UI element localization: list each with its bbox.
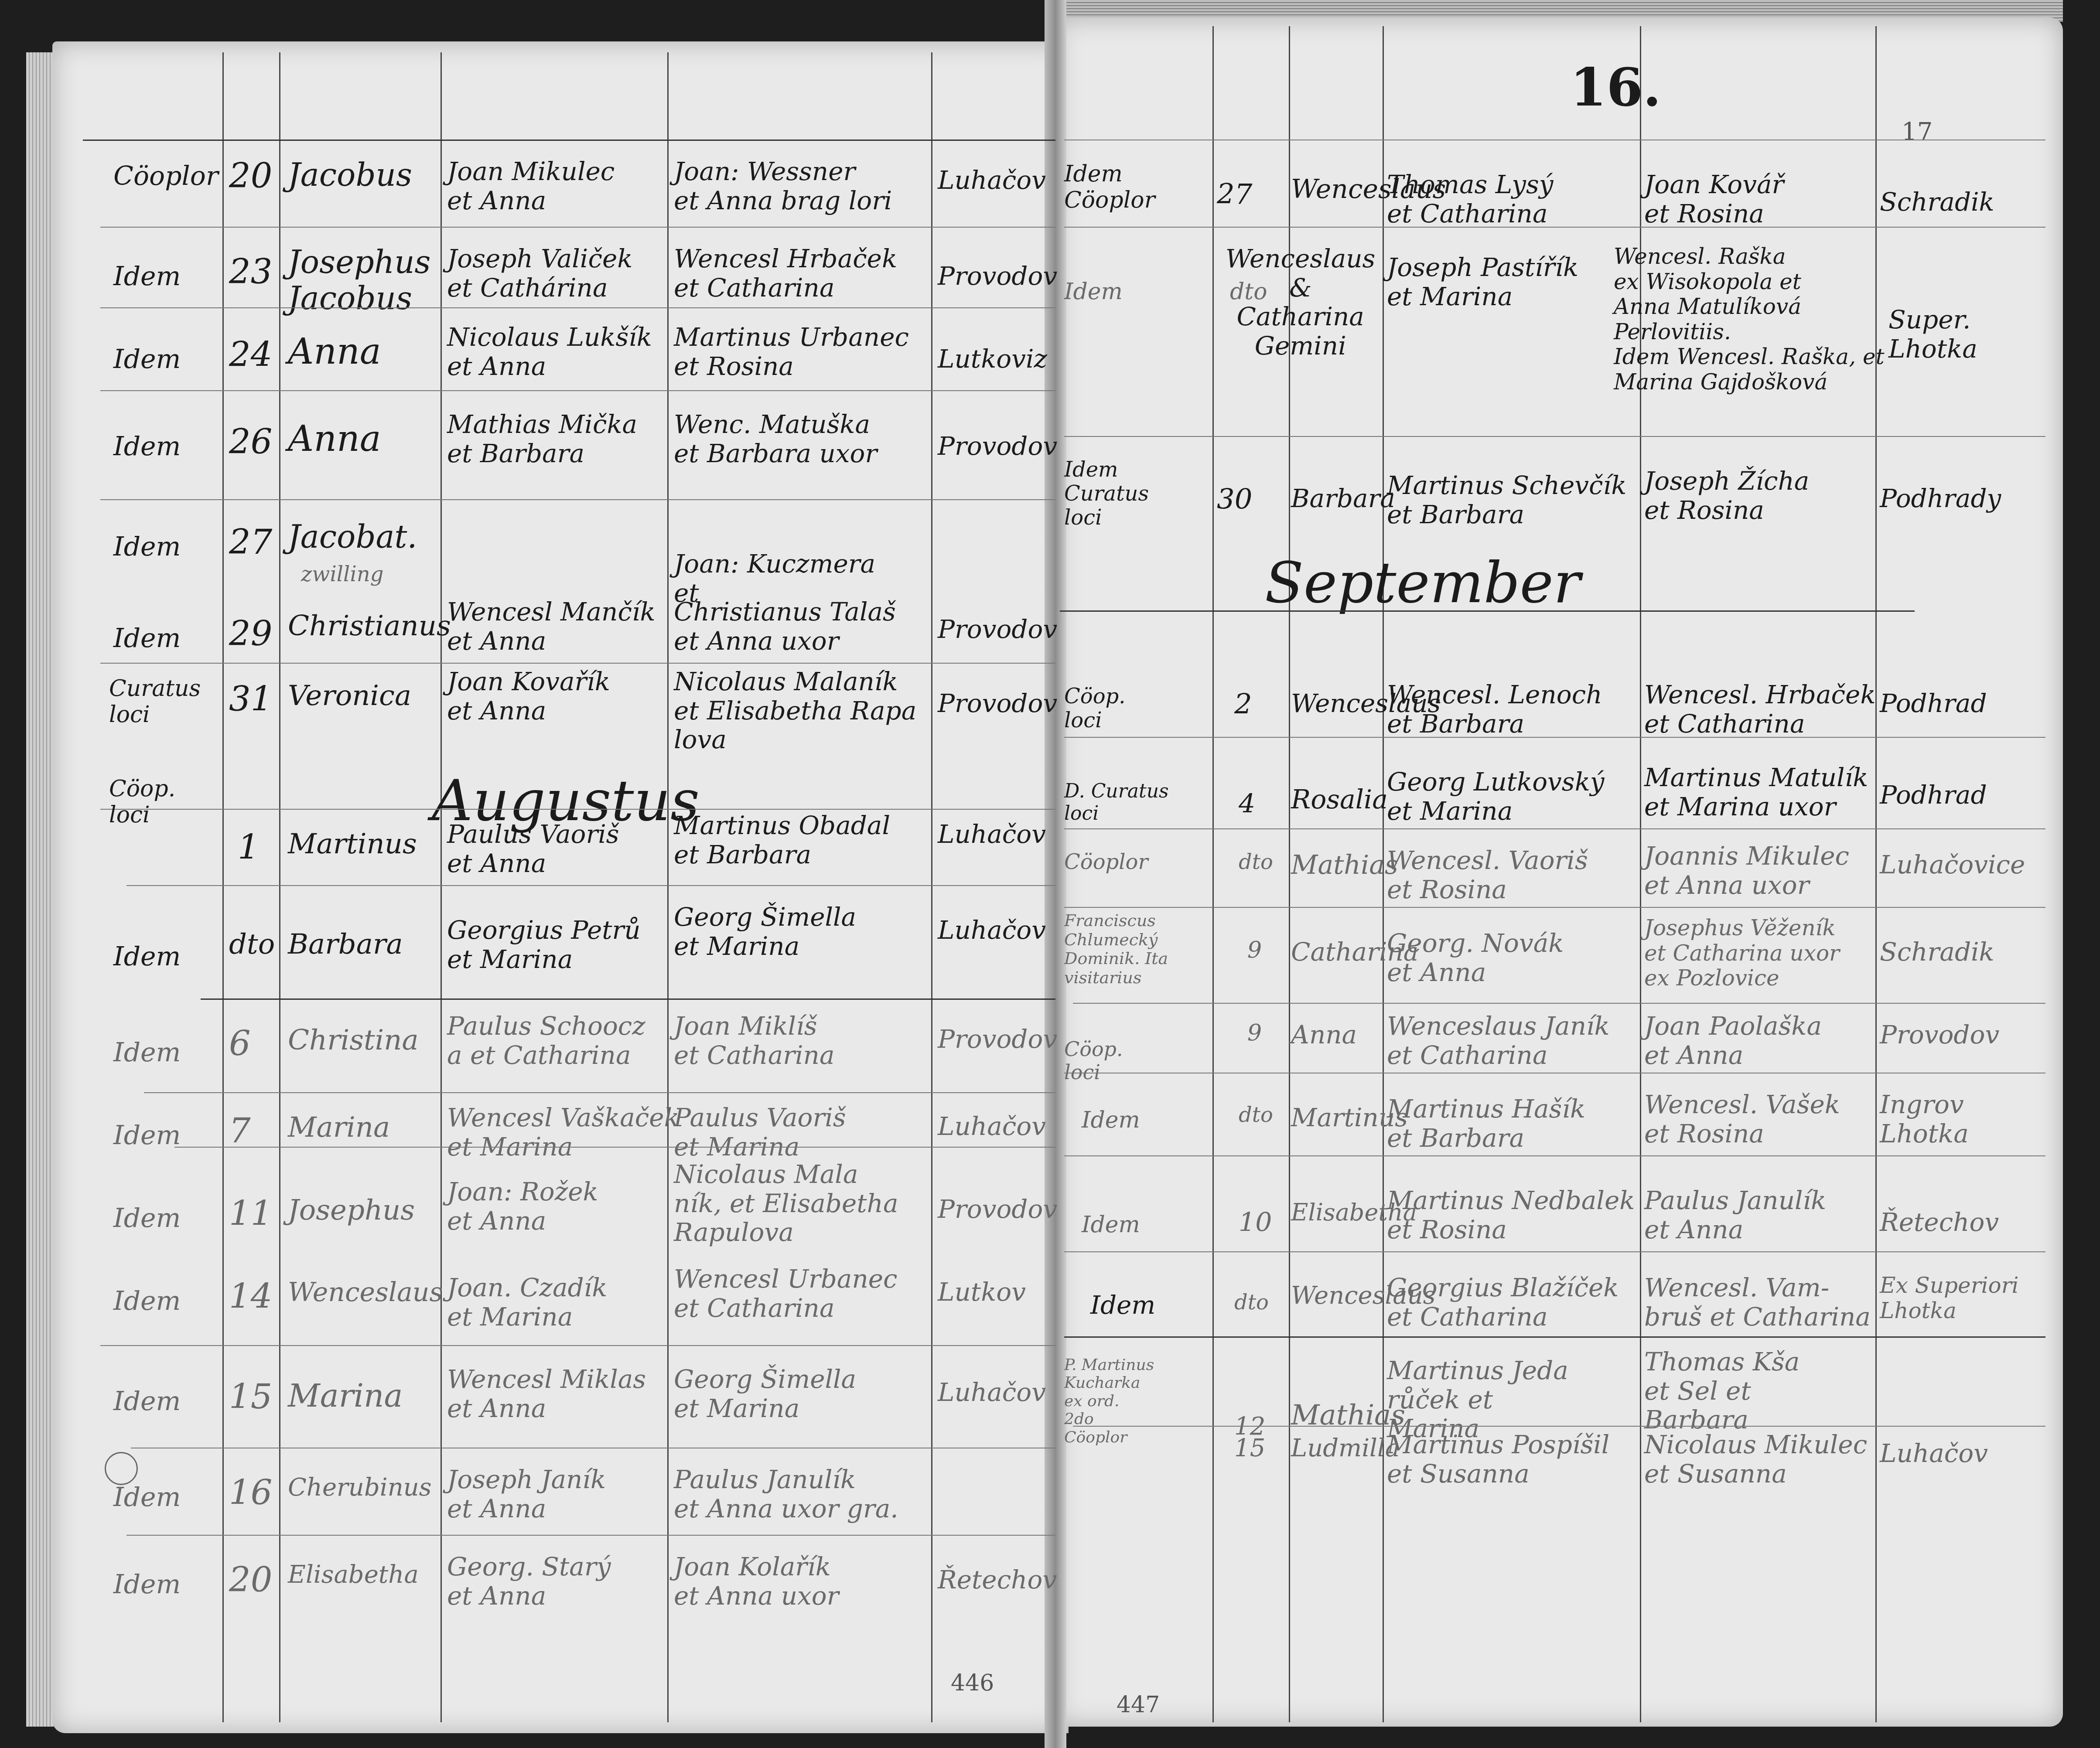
baptism-day: 10: [1239, 1208, 1272, 1238]
village: Schradik: [1880, 187, 1994, 217]
baptism-day: 9: [1247, 1020, 1262, 1046]
row-rule: [1064, 828, 2045, 829]
godparents: Christianus Talaš et Anna uxor: [674, 597, 896, 655]
child-name: Jacobat.: [288, 519, 417, 555]
parents: Wencesl Vaškaček et Marina: [447, 1103, 680, 1161]
parents: Martinus Pospíšil et Susanna: [1387, 1430, 1609, 1488]
officiant: Idem: [113, 1286, 181, 1316]
officiant: Franciscus Chlumecký Dominik. Ita visita…: [1064, 911, 1168, 988]
section-rule: [201, 998, 1055, 1000]
month-heading-september: September: [1265, 549, 1581, 616]
parents: Nicolaus Lukšík et Anna: [447, 323, 652, 381]
child-name: Mathias: [1291, 850, 1398, 880]
baptism-day: 30: [1217, 484, 1252, 516]
officiant: Cöoplor: [1064, 850, 1148, 874]
godparents: Joan Kolařík et Anna uxor: [674, 1552, 839, 1610]
child-name: Josephus Jacobus: [288, 244, 431, 317]
officiant: Curatus loci: [109, 676, 201, 728]
officiant: Idem: [113, 624, 181, 654]
officiant: D. Curatus loci: [1064, 780, 1169, 825]
parents: Joseph Janík et Anna: [447, 1465, 606, 1523]
book-spread: 16. 17 446 447 Augustus September Cöoplo…: [0, 0, 2100, 1748]
header-rule: [1064, 140, 2045, 140]
village: Provodov: [1880, 1020, 1999, 1049]
godparents: Joannis Mikulec et Anna uxor: [1644, 842, 1849, 900]
village: Podhrady: [1880, 484, 2001, 513]
baptism-day: 14: [229, 1278, 272, 1317]
parents: Joan Kovařík et Anna: [447, 667, 610, 725]
godparents: Paulus Janulík et Anna uxor gra.: [674, 1465, 898, 1523]
village: Luhačov: [938, 916, 1046, 945]
village: Luhačov: [938, 1378, 1046, 1407]
officiant: Idem: [113, 262, 181, 292]
parents: Martinus Nedbalek et Rosina: [1387, 1186, 1635, 1244]
parents: Georgius Petrů et Marina: [447, 916, 641, 974]
godparents: Joan Kovář et Rosina: [1644, 170, 1784, 228]
officiant: Idem: [113, 1387, 181, 1417]
child-name: Elisabetha: [288, 1561, 419, 1589]
godparents: Georg Šimella et Marina: [674, 903, 856, 961]
row-rule: [1064, 1251, 2045, 1252]
village: Luhačov: [938, 820, 1046, 849]
officiant: Idem: [1082, 1212, 1140, 1238]
village: Provodov: [938, 615, 1057, 644]
child-name: Rosalia: [1291, 785, 1388, 815]
officiant: Idem Curatus loci: [1064, 458, 1149, 530]
godparents: Nicolaus Malaník et Elisabetha Rapa lova: [674, 667, 916, 754]
officiant: Idem Cöoplor: [1064, 161, 1155, 214]
parents: Wencesl. Lenoch et Barbara: [1387, 680, 1602, 738]
parents: Martinus Schevčík et Barbara: [1387, 471, 1626, 529]
parents: Paulus Schoocz a et Catharina: [447, 1012, 645, 1070]
folio-number-pencil: 17: [1902, 118, 1933, 146]
godparents: Wencesl Urbanec et Catharina: [674, 1264, 898, 1322]
parents: Wencesl. Vaoriš et Rosina: [1387, 846, 1588, 904]
row-rule: [100, 809, 1055, 810]
village: Luhačov: [938, 166, 1046, 195]
parents: Georgius Blažíček et Catharina: [1387, 1273, 1619, 1331]
header-rule: [83, 140, 1055, 141]
village: Provodov: [938, 1195, 1057, 1224]
row-rule: [1073, 1426, 2045, 1427]
baptism-day: 11: [229, 1195, 272, 1234]
row-rule: [100, 1345, 1055, 1346]
page-stamp-left: 446: [951, 1670, 994, 1696]
godparents: Joan Miklíš et Catharina: [674, 1012, 834, 1070]
row-rule: [126, 885, 1055, 886]
row-rule: [1064, 436, 2045, 437]
column-rule: [931, 52, 932, 1722]
officiant: Idem: [113, 1482, 181, 1513]
godparents: Joan Paolaška et Anna: [1644, 1012, 1822, 1070]
village: Luhačov: [938, 1112, 1046, 1141]
village: Ingrov Lhotka: [1880, 1090, 1969, 1148]
godparents: Martinus Matulík et Marina uxor: [1644, 763, 1868, 821]
row-rule: [100, 307, 1055, 308]
parents: Martinus Hašík et Barbara: [1387, 1094, 1585, 1152]
godparents: Joseph Žícha et Rosina: [1644, 467, 1809, 525]
parents: Joan Mikulec et Anna: [447, 157, 615, 215]
godparents: Martinus Urbanec et Rosina: [674, 323, 909, 381]
village: Luhačovice: [1880, 850, 2025, 879]
section-rule: [1064, 1336, 2045, 1338]
column-rule: [222, 52, 224, 1722]
child-name: Christianus: [288, 610, 451, 643]
column-rule: [440, 52, 442, 1722]
row-rule: [131, 1448, 1055, 1448]
row-rule: [1064, 227, 2045, 228]
parents: Joseph Valiček et Cathárina: [447, 244, 632, 302]
godparents: Georg Šimella et Marina: [674, 1365, 856, 1423]
village: Podhrad: [1880, 689, 1987, 718]
baptism-day: 26: [229, 423, 272, 462]
village: Provodov: [938, 432, 1057, 461]
baptism-day: 20: [229, 157, 272, 196]
village: Luhačov: [1880, 1439, 1988, 1468]
child-name: Christina: [288, 1025, 419, 1057]
parents: Thomas Lysý et Catharina: [1387, 170, 1554, 228]
child-name: Barbara: [1291, 484, 1395, 513]
baptism-day: dto: [1239, 1103, 1273, 1127]
officiant: Idem: [113, 344, 181, 375]
baptism-day: 9: [1247, 937, 1262, 964]
baptism-day: 24: [229, 336, 272, 375]
child-name: Anna: [288, 419, 381, 460]
village: Super. Lhotka: [1888, 305, 1977, 363]
godparents: Wencesl. Raška ex Wisokopola et Anna Mat…: [1614, 244, 1885, 395]
village: Ex Superiori Lhotka: [1880, 1273, 2019, 1323]
column-rule: [279, 52, 280, 1722]
baptism-day: 4: [1239, 789, 1255, 819]
parents: Wencesl Mančík et Anna: [447, 597, 656, 655]
row-rule: [1064, 1155, 2045, 1156]
officiant: Idem: [1082, 1107, 1140, 1134]
parents: Georg Lutkovský et Marina: [1387, 767, 1605, 825]
officiant: Cöop. loci: [109, 776, 175, 828]
village: Řetechov: [1880, 1208, 1999, 1237]
parents: Joan: Rožek et Anna: [447, 1177, 598, 1235]
child-name: Anna: [288, 331, 381, 372]
baptism-day: dto: [1234, 1291, 1269, 1315]
baptism-day: 16: [229, 1474, 272, 1513]
officiant: Cöop. loci: [1064, 685, 1126, 733]
row-rule: [144, 1092, 1055, 1093]
baptism-day: 6: [229, 1025, 251, 1064]
baptism-day: 29: [229, 615, 272, 654]
row-rule: [126, 1535, 1055, 1536]
child-name: Jacobus: [288, 157, 412, 193]
godparents: Martinus Obadal et Barbara: [674, 811, 890, 869]
row-rule: [100, 663, 1055, 664]
godparents: Nicolaus Mikulec et Susanna: [1644, 1430, 1867, 1488]
parents: Wenceslaus Janík et Catharina: [1387, 1012, 1610, 1070]
officiant: Idem: [113, 432, 181, 462]
child-name: Anna: [1291, 1020, 1357, 1049]
baptism-day: 1: [238, 828, 260, 868]
village: Provodov: [938, 262, 1057, 291]
parents: Georg. Starý et Anna: [447, 1552, 611, 1610]
row-rule: [1064, 907, 2045, 908]
parents: Paulus Vaoriš et Anna: [447, 820, 619, 878]
parents: Joseph Pastířík et Marina: [1387, 253, 1578, 311]
village: Lutkov: [938, 1278, 1026, 1307]
baptism-day: 15: [229, 1378, 272, 1417]
godparents: Nicolaus Mala ník, et Elisabetha Rapulov…: [674, 1160, 898, 1247]
officiant: Cöoplor: [113, 161, 219, 191]
baptism-day: 15: [1234, 1435, 1265, 1462]
officiant: Idem: [113, 1203, 181, 1233]
child-name: Wenceslaus: [288, 1278, 443, 1308]
baptism-day: 31: [229, 680, 272, 719]
cross-mark-icon: [105, 1452, 138, 1485]
column-rule: [1212, 26, 1214, 1722]
baptism-day: dto: [1239, 850, 1273, 874]
row-rule: [100, 390, 1055, 391]
village: Řetechov: [938, 1565, 1057, 1595]
godparents: Paulus Vaoriš et Marina: [674, 1103, 846, 1161]
baptism-day: 23: [229, 253, 272, 292]
village: Provodov: [938, 1025, 1057, 1054]
godparents: Thomas Kša et Sel et Barbara: [1644, 1347, 1800, 1435]
child-name: Ludmilla: [1291, 1435, 1400, 1462]
child-name: Martinus: [288, 828, 417, 861]
godparents: Wencesl. Vašek et Rosina: [1644, 1090, 1840, 1148]
godparents: Paulus Janulík et Anna: [1644, 1186, 1826, 1244]
officiant: Idem: [1064, 279, 1123, 305]
officiant: Cöop. loci: [1064, 1038, 1123, 1084]
officiant: Idem: [113, 1038, 181, 1068]
row-rule: [1064, 1073, 2045, 1073]
godparents: Wencesl Hrbaček et Catharina: [674, 244, 897, 302]
row-rule: [174, 1147, 1055, 1148]
officiant: Idem: [113, 1570, 181, 1600]
child-note: zwilling: [301, 562, 383, 586]
godparents: Wencesl. Vam- bruš et Catharina: [1644, 1273, 1871, 1331]
village: Provodov: [938, 689, 1057, 718]
godparents: Wencesl. Hrbaček et Catharina: [1644, 680, 1876, 738]
folio-number: 16.: [1570, 57, 1661, 118]
child-name: Barbara: [288, 929, 403, 961]
child-name: Marina: [288, 1378, 403, 1414]
officiant: P. Martinus Kucharka ex ord. 2do Cöoplor: [1064, 1356, 1154, 1446]
page-stamp-right: 447: [1117, 1692, 1160, 1718]
parents: Joan. Czadík et Marina: [447, 1273, 607, 1331]
baptism-day: 27: [229, 523, 272, 562]
parents: Mathias Mička et Barbara: [447, 410, 637, 468]
row-rule: [1073, 1003, 2045, 1004]
child-name: Wenceslaus & Catharina Gemini: [1226, 244, 1375, 361]
officiant: Idem: [1090, 1291, 1155, 1320]
village: Lutkoviz: [938, 344, 1047, 374]
village: Podhrad: [1880, 780, 1987, 810]
child-name: Cherubinus: [288, 1474, 432, 1502]
child-name: Marina: [288, 1112, 390, 1144]
godparents: Josephus Věženík et Catharina uxor ex Po…: [1644, 916, 1840, 991]
officiant: Idem: [113, 1121, 181, 1151]
baptism-day: dto: [229, 929, 275, 961]
month-rule: [1060, 610, 1915, 612]
row-rule: [1064, 737, 2045, 738]
baptism-day: 7: [229, 1112, 251, 1151]
godparents: Joan: Wessner et Anna brag lori: [674, 157, 892, 215]
row-rule: [100, 227, 1055, 228]
parents: Wencesl Miklas et Anna: [447, 1365, 646, 1423]
row-rule: [100, 499, 1055, 500]
baptism-day: 27: [1217, 179, 1252, 211]
godparents: Wenc. Matuška et Barbara uxor: [674, 410, 877, 468]
child-name: Veronica: [288, 680, 411, 712]
parents: Georg. Novák et Anna: [1387, 929, 1564, 987]
village: Schradik: [1880, 937, 1994, 967]
column-rule: [667, 52, 669, 1722]
officiant: Idem: [113, 532, 181, 562]
child-name: Josephus: [288, 1195, 415, 1227]
officiant: Idem: [113, 942, 181, 972]
baptism-day: 20: [229, 1561, 272, 1600]
baptism-day: 2: [1234, 689, 1252, 721]
